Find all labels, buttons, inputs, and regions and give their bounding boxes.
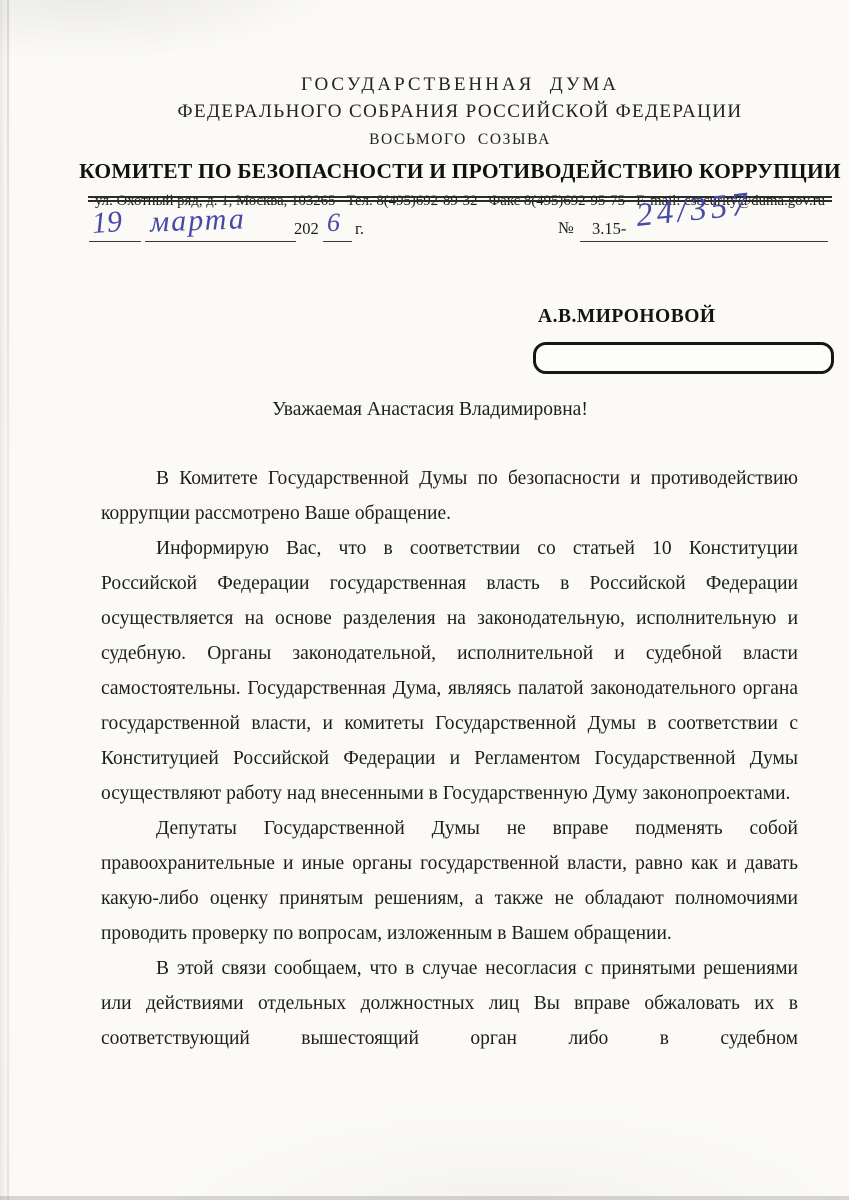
body-paragraph-4: В этой связи сообщаем, что в случае несо… xyxy=(101,951,798,1056)
scanned-letter-page: ГОСУДАРСТВЕННАЯ ДУМА ФЕДЕРАЛЬНОГО СОБРАН… xyxy=(0,0,849,1200)
body-paragraph-2: Информирую Вас, что в соответствии со ст… xyxy=(101,531,798,811)
date-and-number-row: 19 марта 202 6 г. № 3.15- 24/357 xyxy=(88,204,832,256)
number-prefix-printed: 3.15- xyxy=(592,219,626,239)
month-underline xyxy=(145,241,296,242)
org-name-line1: ГОСУДАРСТВЕННАЯ ДУМА xyxy=(75,74,845,96)
year-underline xyxy=(323,241,352,242)
scan-edge-bottom xyxy=(0,1196,849,1200)
letter-body: В Комитете Государственной Думы по безоп… xyxy=(101,461,798,1056)
scan-edge-left xyxy=(7,0,9,1200)
body-paragraph-1: В Комитете Государственной Думы по безоп… xyxy=(101,461,798,531)
addressee-name: А.В.МИРОНОВОЙ xyxy=(538,306,716,328)
handwritten-year-digit: 6 xyxy=(327,208,340,238)
year-suffix: г. xyxy=(355,219,364,239)
number-sign: № xyxy=(558,218,574,238)
handwritten-day: 19 xyxy=(91,205,123,241)
committee-name: КОМИТЕТ ПО БЕЗОПАСНОСТИ И ПРОТИВОДЕЙСТВИ… xyxy=(75,159,845,184)
day-underline xyxy=(89,241,141,242)
salutation: Уважаемая Анастасия Владимировна! xyxy=(60,399,800,421)
body-paragraph-3: Депутаты Государственной Думы не вправе … xyxy=(101,811,798,951)
year-printed: 202 xyxy=(294,219,319,239)
handwritten-month: марта xyxy=(149,202,246,239)
org-name-line2: ФЕДЕРАЛЬНОГО СОБРАНИЯ РОССИЙСКОЙ ФЕДЕРАЦ… xyxy=(75,101,845,123)
org-name-line3: ВОСЬМОГО СОЗЫВА xyxy=(75,131,845,149)
redaction-box xyxy=(533,342,834,374)
number-underline xyxy=(580,241,828,242)
